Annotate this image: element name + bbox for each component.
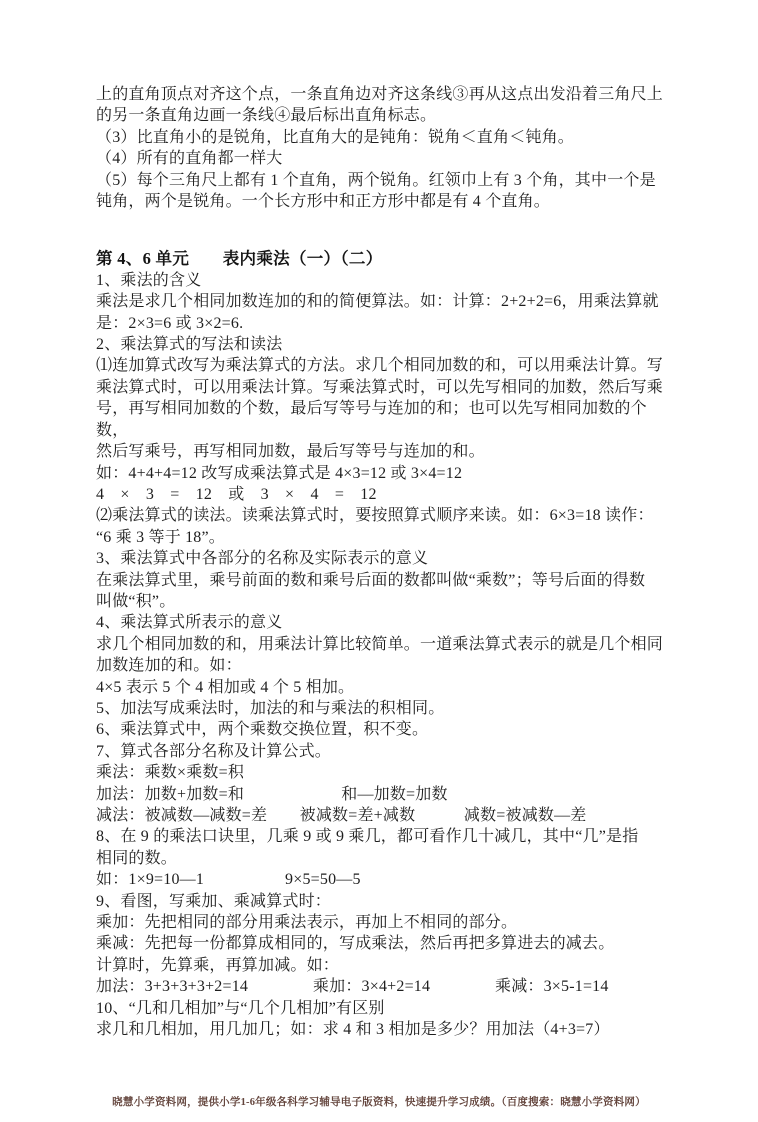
text-line: 乘法是求几个相同加数连加的和的简便算法。如：计算：2+2+2=6，用乘法算就 bbox=[96, 291, 668, 312]
text-line: 上的直角顶点对齐这个点，一条直角边对齐这条线③再从这点出发沿着三角尺上 bbox=[96, 84, 668, 105]
text-line: 10、“几和几相加”与“几个几相加”有区别 bbox=[96, 998, 668, 1019]
section-body: 1、乘法的含义乘法是求几个相同加数连加的和的简便算法。如：计算：2+2+2=6，… bbox=[96, 270, 668, 1041]
text-line: 钝角，两个是锐角。一个长方形中和正方形中都是有 4 个直角。 bbox=[96, 191, 668, 212]
text-line: 7、算式各部分名称及计算公式。 bbox=[96, 741, 668, 762]
text-line: 的另一条直角边画一条线④最后标出直角标志。 bbox=[96, 105, 668, 126]
text-line: 乘减：先把每一份都算成相同的，写成乘法，然后再把多算进去的减去。 bbox=[96, 933, 668, 954]
text-line: 相同的数。 bbox=[96, 848, 668, 869]
text-line: （3）比直角小的是锐角，比直角大的是钝角：锐角＜直角＜钝角。 bbox=[96, 127, 668, 148]
text-line: 在乘法算式里，乘号前面的数和乘号后面的数都叫做“乘数”；等号后面的得数 bbox=[96, 570, 668, 591]
text-line: 乘法算式时，可以用乘法计算。写乘法算式时，可以先写相同的加数，然后写乘 bbox=[96, 377, 668, 398]
text-line: 4×5 表示 5 个 4 相加或 4 个 5 相加。 bbox=[96, 677, 668, 698]
text-line: 9、看图，写乘加、乘减算式时： bbox=[96, 891, 668, 912]
document-content: 上的直角顶点对齐这个点，一条直角边对齐这条线③再从这点出发沿着三角尺上的另一条直… bbox=[96, 84, 668, 1040]
footer-note: 晓慧小学资料网，提供小学1-6年级各科学习辅导电子版资料，快速提升学习成绩。（百… bbox=[0, 1094, 758, 1109]
text-line: 如：4+4+4=12 改写成乘法算式是 4×3=12 或 3×4=12 bbox=[96, 463, 668, 484]
text-line: ⑴连加算式改写为乘法算式的方法。求几个相同加数的和，可以用乘法计算。写 bbox=[96, 355, 668, 376]
text-line: 加数连加的和。如： bbox=[96, 655, 668, 676]
text-line: 加法：加数+加数=和 和—加数=加数 bbox=[96, 784, 668, 805]
text-line: 求几个相同加数的和，用乘法计算比较简单。一道乘法算式表示的就是几个相同 bbox=[96, 634, 668, 655]
document-page: 上的直角顶点对齐这个点，一条直角边对齐这条线③再从这点出发沿着三角尺上的另一条直… bbox=[0, 0, 758, 1122]
intro-paragraph: 上的直角顶点对齐这个点，一条直角边对齐这条线③再从这点出发沿着三角尺上的另一条直… bbox=[96, 84, 668, 212]
text-line: “6 乘 3 等于 18”。 bbox=[96, 527, 668, 548]
text-line: 叫做“积”。 bbox=[96, 591, 668, 612]
text-line: ⑵乘法算式的读法。读乘法算式时，要按照算式顺序来读。如：6×3=18 读作： bbox=[96, 505, 668, 526]
text-line: 3、乘法算式中各部分的名称及实际表示的意义 bbox=[96, 548, 668, 569]
text-line: 乘法：乘数×乘数=积 bbox=[96, 762, 668, 783]
text-line: 5、加法写成乘法时，加法的和与乘法的积相同。 bbox=[96, 698, 668, 719]
text-line: 1、乘法的含义 bbox=[96, 270, 668, 291]
text-line: 如：1×9=10—1 9×5=50—5 bbox=[96, 869, 668, 890]
text-line: 2、乘法算式的写法和读法 bbox=[96, 334, 668, 355]
text-line: （4）所有的直角都一样大 bbox=[96, 148, 668, 169]
text-line: 4、乘法算式所表示的意义 bbox=[96, 612, 668, 633]
text-line: 是：2×3=6 或 3×2=6. bbox=[96, 313, 668, 334]
text-line: 减法：被减数—减数=差 被减数=差+减数 减数=被减数—差 bbox=[96, 805, 668, 826]
text-line: 然后写乘号，再写相同加数，最后写等号与连加的和。 bbox=[96, 441, 668, 462]
text-line: 4 × 3 = 12 或 3 × 4 = 12 bbox=[96, 484, 668, 505]
text-line: （5）每个三角尺上都有 1 个直角，两个锐角。红领巾上有 3 个角，其中一个是 bbox=[96, 170, 668, 191]
text-line: 求几和几相加，用几加几；如：求 4 和 3 相加是多少？用加法（4+3=7） bbox=[96, 1019, 668, 1040]
text-line: 乘加：先把相同的部分用乘法表示，再加上不相同的部分。 bbox=[96, 912, 668, 933]
text-line: 6、乘法算式中，两个乘数交换位置，积不变。 bbox=[96, 719, 668, 740]
text-line: 加法：3+3+3+3+2=14 乘加：3×4+2=14 乘减：3×5-1=14 bbox=[96, 976, 668, 997]
text-line: 8、在 9 的乘法口诀里，几乘 9 或 9 乘几，都可看作几十减几，其中“几”是… bbox=[96, 826, 668, 847]
text-line: 号，再写相同加数的个数，最后写等号与连加的和；也可以先写相同加数的个数， bbox=[96, 398, 668, 441]
text-line: 计算时，先算乘，再算加减。如： bbox=[96, 955, 668, 976]
section-heading: 第 4、6 单元 表内乘法（一）（二） bbox=[96, 248, 668, 269]
